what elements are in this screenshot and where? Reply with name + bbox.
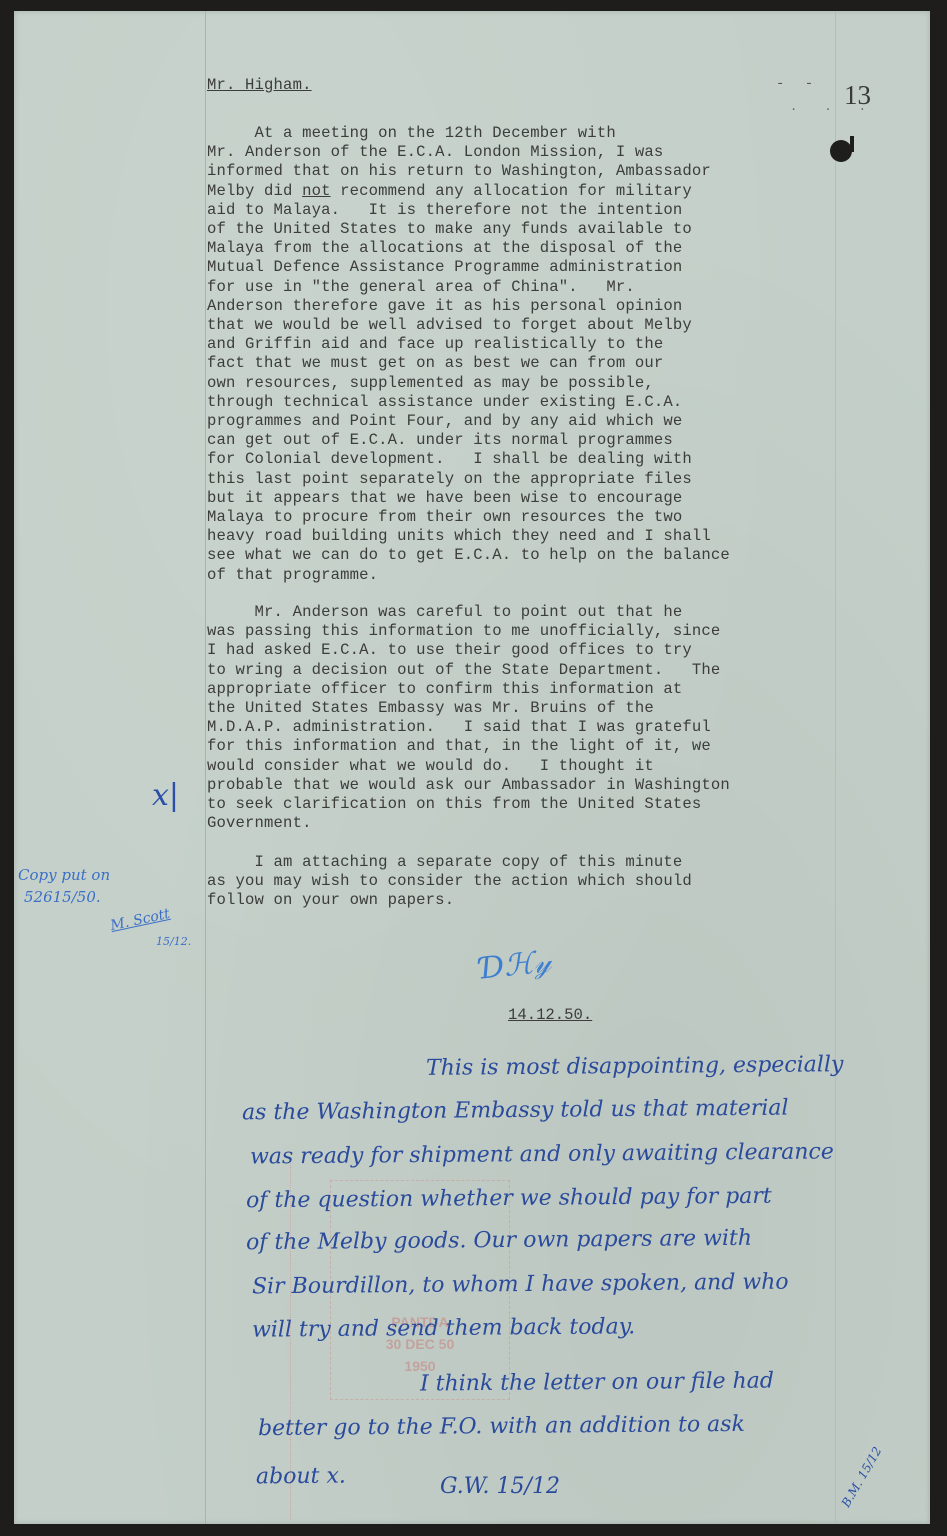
- typed-line: At a meeting on the 12th December with: [207, 124, 730, 143]
- typed-line: can get out of E.C.A. under its normal p…: [207, 431, 730, 450]
- handwritten-initials-date: G.W. 15/12: [440, 1474, 560, 1499]
- typed-line: for this information and that, in the li…: [207, 737, 730, 756]
- typed-line: would consider what we would do. I thoug…: [207, 757, 730, 776]
- typed-line: own resources, supplemented as may be po…: [207, 374, 730, 393]
- handwritten-line-5: of the Melby goods. Our own papers are w…: [246, 1226, 752, 1255]
- typed-line: to seek clarification on this from the U…: [207, 795, 730, 814]
- typed-line: and Griffin aid and face up realisticall…: [207, 335, 730, 354]
- typed-line: programmes and Point Four, and by any ai…: [207, 412, 730, 431]
- signature-date: 14.12.50.: [508, 1006, 592, 1024]
- typed-line: fact that we must get on as best we can …: [207, 354, 730, 373]
- typed-line: Malaya from the allocations at the dispo…: [207, 239, 730, 258]
- typed-line: through technical assistance under exist…: [207, 393, 730, 412]
- typed-line: for use in "the general area of China". …: [207, 278, 730, 297]
- handwritten-line-10: about x.: [256, 1464, 346, 1490]
- typed-line: for Colonial development. I shall be dea…: [207, 450, 730, 469]
- date-text: 14.12.50.: [508, 1006, 592, 1024]
- typed-line: this last point separately on the approp…: [207, 470, 730, 489]
- ink-blot-mark: [830, 140, 852, 162]
- typed-line: appropriate officer to confirm this info…: [207, 680, 730, 699]
- typed-line: but it appears that we have been wise to…: [207, 489, 730, 508]
- typed-line: informed that on his return to Washingto…: [207, 162, 730, 181]
- handwritten-line-3: was ready for shipment and only awaiting…: [250, 1139, 834, 1169]
- paragraph-1: At a meeting on the 12th December withMr…: [207, 124, 730, 585]
- folio-dashes: - -: [776, 76, 819, 92]
- typed-line: of the United States to make any funds a…: [207, 220, 730, 239]
- typed-line: Mr. Anderson of the E.C.A. London Missio…: [207, 143, 730, 162]
- typed-line: Mutual Defence Assistance Programme admi…: [207, 258, 730, 277]
- typed-line: to wring a decision out of the State Dep…: [207, 661, 730, 680]
- typed-line: of that programme.: [207, 566, 730, 585]
- typed-line: probable that we would ask our Ambassado…: [207, 776, 730, 795]
- typed-line: Anderson therefore gave it as his person…: [207, 297, 730, 316]
- ink-blot-tail: [850, 136, 864, 152]
- margin-cross-mark: x|: [152, 778, 179, 813]
- addressee: Mr. Higham.: [207, 76, 312, 95]
- typed-line: Mr. Anderson was careful to point out th…: [207, 603, 730, 622]
- handwritten-line-2: as the Washington Embassy told us that m…: [242, 1096, 789, 1126]
- typed-line: Malaya to procure from their own resourc…: [207, 508, 730, 527]
- typed-line: follow on your own papers.: [207, 891, 692, 910]
- typed-line: was passing this information to me unoff…: [207, 622, 730, 641]
- margin-note-line-2: 52615/50.: [24, 888, 101, 906]
- typed-line: I am attaching a separate copy of this m…: [207, 853, 692, 872]
- typed-line: I had asked E.C.A. to use their good off…: [207, 641, 730, 660]
- typed-line: Melby did not recommend any allocation f…: [207, 182, 730, 201]
- margin-note-date: 15/12.: [156, 935, 191, 948]
- right-margin-rule: [835, 11, 836, 1524]
- paragraph-3: I am attaching a separate copy of this m…: [207, 853, 692, 911]
- signature-initials: Ɗℋ𝓎: [478, 944, 552, 986]
- typed-line: Government.: [207, 814, 730, 833]
- handwritten-line-8: I think the letter on our file had: [420, 1368, 774, 1396]
- paragraph-2: Mr. Anderson was careful to point out th…: [207, 603, 730, 833]
- folio-number: 13: [844, 80, 871, 111]
- typed-line: see what we can do to get E.C.A. to help…: [207, 546, 730, 565]
- handwritten-line-6: Sir Bourdillon, to whom I have spoken, a…: [252, 1270, 789, 1300]
- handwritten-line-4: of the question whether we should pay fo…: [246, 1184, 772, 1214]
- typed-line: M.D.A.P. administration. I said that I w…: [207, 718, 730, 737]
- typed-line: that we would be well advised to forget …: [207, 316, 730, 335]
- typed-line: heavy road building units which they nee…: [207, 527, 730, 546]
- left-margin-rule: [205, 11, 206, 1524]
- emphasized-word: not: [302, 182, 331, 200]
- margin-note-line-1: Copy put on: [18, 866, 110, 884]
- typed-line: aid to Malaya. It is therefore not the i…: [207, 201, 730, 220]
- typed-line: as you may wish to consider the action w…: [207, 872, 692, 891]
- handwritten-line-9: better go to the F.O. with an addition t…: [258, 1412, 745, 1441]
- handwritten-line-1: This is most disappointing, especially: [426, 1052, 844, 1081]
- typed-line: the United States Embassy was Mr. Bruins…: [207, 699, 730, 718]
- handwritten-line-7: will try and send them back today.: [252, 1314, 635, 1342]
